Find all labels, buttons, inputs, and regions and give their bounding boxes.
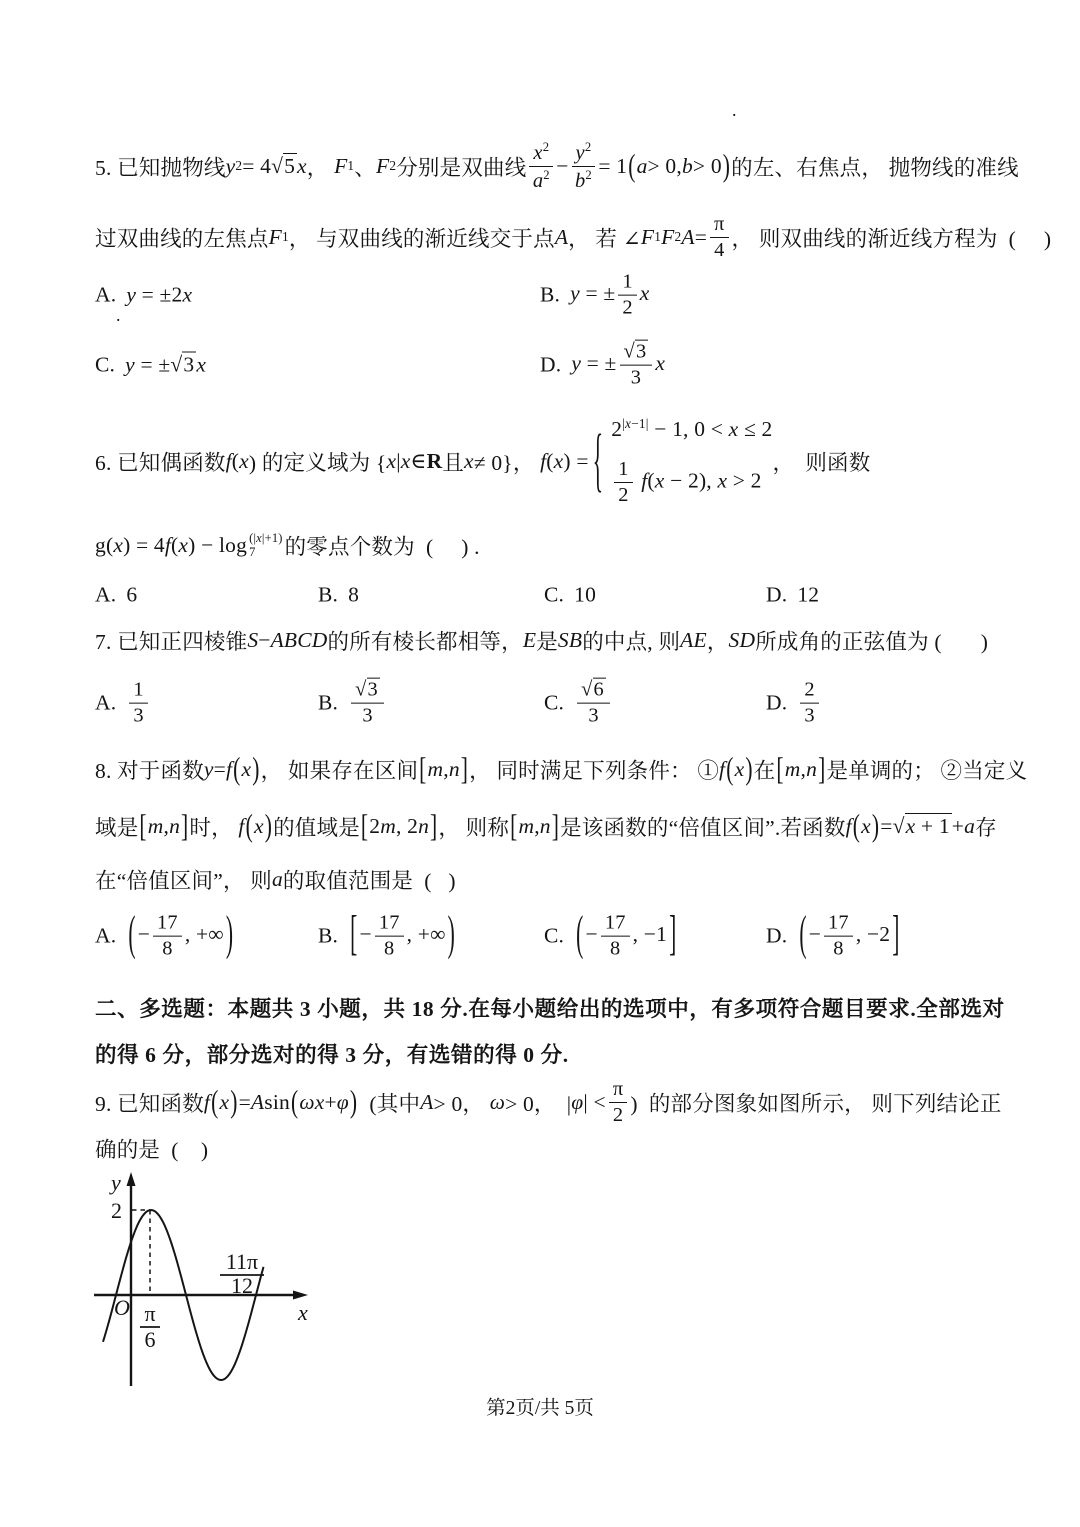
q8-option-d: D. (−178, −2] xyxy=(766,912,902,961)
option-label: A. xyxy=(95,924,116,949)
option-value: 12 xyxy=(797,583,819,608)
option-value: 23 xyxy=(797,679,821,728)
option-label: B. xyxy=(318,924,338,949)
tick-pi-over-6-numerator: π xyxy=(144,1301,155,1326)
option-value: [−178, +∞) xyxy=(348,912,457,961)
q8-option-c: C. (−178, −1] xyxy=(544,912,678,961)
option-label: D. xyxy=(766,583,787,608)
stray-period-option-a: . xyxy=(116,305,121,326)
q6-option-c: C. 10 xyxy=(544,583,596,608)
q5-options-row2: C. y = ±√3x D. y = ±√33x xyxy=(95,334,1010,396)
q7-option-b: B. √33 xyxy=(318,679,387,728)
option-label: B. xyxy=(318,691,338,716)
q8-options-row: A. (−178, +∞) B. [−178, +∞) C. (−178, −1… xyxy=(95,902,1010,970)
stray-period: . xyxy=(732,100,737,121)
option-value: (−178, +∞) xyxy=(126,912,235,961)
q5-options-row1: A. y = ±2x B. y = ±12x xyxy=(95,264,1010,326)
section2-heading-line1: 二、多选题：本题共 3 小题，共 18 分.在每小题给出的选项中，有多项符合题目… xyxy=(95,986,1010,1028)
option-label: C. xyxy=(544,691,564,716)
q7-line1: 7. 已知正四棱锥 S − ABCD 的所有棱长都相等， E 是 SB 的中点,… xyxy=(95,620,1010,660)
option-label: B. xyxy=(540,283,560,308)
q9-line2: 确的是 ( ) xyxy=(95,1128,1010,1168)
option-value: y = ±12x xyxy=(570,271,649,320)
q8-line3: 在“倍值区间”， 则 a 的取值范围是 ( ) xyxy=(95,858,1010,900)
option-value: 10 xyxy=(574,583,596,608)
q9-figure: 2 y x O π 6 11π 12 xyxy=(86,1170,326,1428)
option-label: A. xyxy=(95,583,116,608)
q9-line1: 9. 已知函数 f(x) = Asin(ωx + φ) (其中 A > 0， ω… xyxy=(95,1074,1010,1130)
option-value: (−178, −2] xyxy=(797,912,901,961)
q5-option-d: D. y = ±√33x xyxy=(540,341,665,390)
x-axis-arrow-icon xyxy=(293,1291,308,1300)
q8-option-b: B. [−178, +∞) xyxy=(318,912,457,961)
option-value: √33 xyxy=(348,679,387,728)
option-label: C. xyxy=(95,353,115,378)
option-value: 13 xyxy=(126,679,150,728)
option-label: D. xyxy=(540,353,561,378)
y-axis-arrow-icon xyxy=(127,1172,136,1186)
tick-11pi-over-12-denominator: 12 xyxy=(231,1273,253,1298)
option-value: (−178, −1] xyxy=(574,912,678,961)
q5-line2: 过双曲线的左焦点 F1， 与双曲线的渐近线交于点 A， 若 ∠F1F2A = π… xyxy=(95,206,1010,268)
q6-option-d: D. 12 xyxy=(766,583,819,608)
option-label: B. xyxy=(318,583,338,608)
option-label: D. xyxy=(766,924,787,949)
option-label: C. xyxy=(544,924,564,949)
y-axis-label: y xyxy=(109,1170,121,1195)
tick-pi-over-6-denominator: 6 xyxy=(145,1327,156,1352)
q7-option-a: A. 13 xyxy=(95,679,151,728)
q6-options-row: A. 6 B. 8 C. 10 D. 12 xyxy=(95,577,1010,613)
q6-line1: 6. 已知偶函数 f(x) 的定义域为 {x | x ∈ R 且 x ≠ 0}，… xyxy=(95,408,1010,514)
option-label: A. xyxy=(95,283,116,308)
option-label: C. xyxy=(544,583,564,608)
q8-option-a: A. (−178, +∞) xyxy=(95,912,235,961)
page-footer: 第2页/共 5页 xyxy=(0,1392,1080,1420)
q6-line2: g(x) = 4f(x) − log(|x|+1)7 的零点个数为 ( ) . xyxy=(95,520,1010,570)
q6-option-b: B. 8 xyxy=(318,583,359,608)
q8-line1: 8. 对于函数 y = f(x)， 如果存在区间 [m, n]， 同时满足下列条… xyxy=(95,746,1010,792)
option-value: y = ±2x xyxy=(126,283,192,308)
option-label: A. xyxy=(95,691,116,716)
q7-option-c: C. √63 xyxy=(544,679,613,728)
option-value: √63 xyxy=(574,679,613,728)
option-value: 6 xyxy=(126,583,137,608)
option-value: y = ±√33x xyxy=(571,341,665,390)
x-axis-label: x xyxy=(297,1300,308,1325)
q5-option-b: B. y = ±12x xyxy=(540,271,650,320)
sine-graph: 2 y x O π 6 11π 12 xyxy=(86,1170,326,1422)
q5-option-a: A. y = ±2x xyxy=(95,283,192,308)
q6-option-a: A. 6 xyxy=(95,583,137,608)
q7-options-row: A. 13 B. √33 C. √63 D. 23 xyxy=(95,670,1010,736)
q7-option-d: D. 23 xyxy=(766,679,822,728)
q5-option-c: C. y = ±√3x xyxy=(95,353,206,378)
tick-11pi-over-12-numerator: 11π xyxy=(226,1249,258,1274)
option-value: 8 xyxy=(348,583,359,608)
exam-page: . 5. 已知抛物线 y2 = 4√5x， F1、 F2 分别是双曲线 x2a2… xyxy=(0,0,1080,1527)
origin-label: O xyxy=(114,1295,130,1320)
q5-line1: 5. 已知抛物线 y2 = 4√5x， F1、 F2 分别是双曲线 x2a2 −… xyxy=(95,128,1010,204)
option-label: D. xyxy=(766,691,787,716)
option-value: y = ±√3x xyxy=(125,353,206,378)
peak-value-label: 2 xyxy=(111,1198,122,1223)
q8-line2: 域是 [m, n] 时， f(x) 的值域是 [2m, 2n]， 则称 [m, … xyxy=(95,800,1010,852)
section2-heading-line2: 的得 6 分，部分选对的得 3 分，有选错的得 0 分. xyxy=(95,1032,1010,1074)
